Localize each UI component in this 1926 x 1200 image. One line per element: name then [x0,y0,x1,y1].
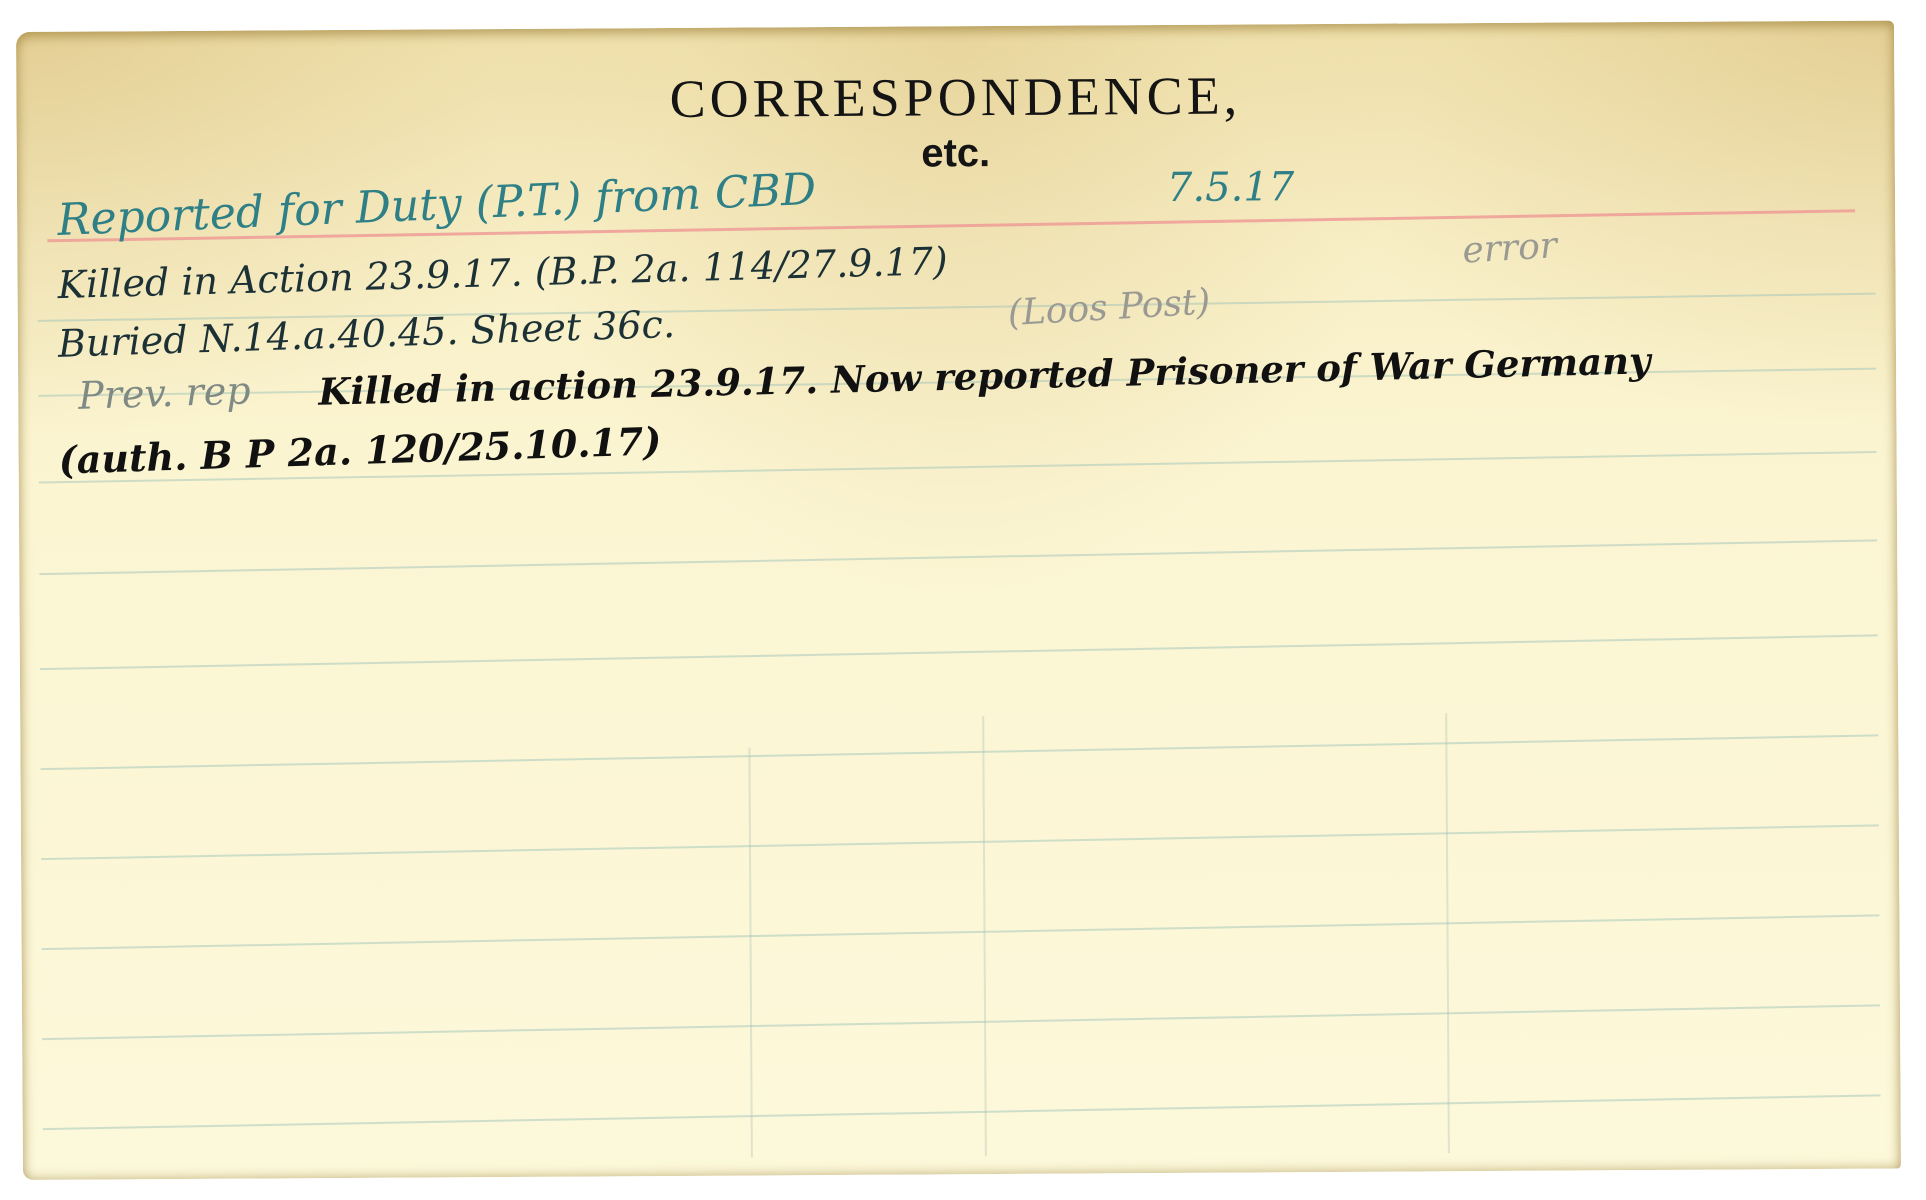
entry-error-note: error [1461,225,1558,271]
entry-location-note: (Loos Post) [1007,281,1212,334]
card-heading: CORRESPONDENCE, [16,61,1894,134]
ruled-line [42,914,1880,950]
ruled-line [41,734,1879,770]
ruled-line [40,634,1878,670]
column-line [982,716,987,1156]
column-line [1445,713,1450,1153]
entry-killed-in-action: Killed in Action 23.9.17. (B.P. 2a. 114/… [57,239,948,307]
record-card: CORRESPONDENCE, etc. Reported for Duty (… [16,21,1901,1180]
column-line [748,748,753,1158]
ruled-line [42,1004,1880,1040]
card-subheading: etc. [17,126,1895,182]
entry-duty-date: 7.5.17 [1167,164,1295,211]
ruled-line [43,1094,1881,1130]
entry-previously-reported: Prev. rep [78,368,252,418]
ruled-line [39,539,1877,575]
ruled-line [41,824,1879,860]
entry-buried: Buried N.14.a.40.45. Sheet 36c. [57,302,675,366]
